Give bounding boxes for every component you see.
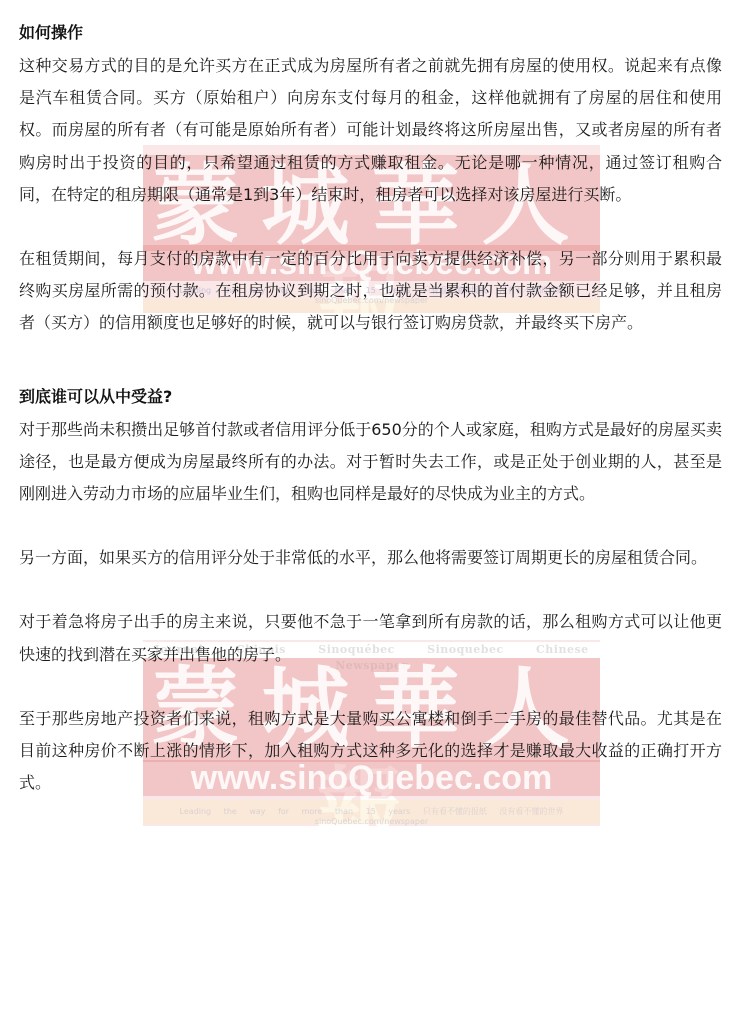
section-how-it-works: 如何操作 这种交易方式的目的是允许买方在正式成为房屋所有者之前就先拥有房屋的使用… bbox=[19, 16, 722, 340]
section-title: 到底谁可以从中受益? bbox=[19, 380, 722, 414]
paragraph: 至于那些房地产投资者们来说，租购方式是大量购买公寓楼和倒手二手房的最佳替代品。尤… bbox=[19, 703, 722, 800]
section-spacer bbox=[19, 340, 722, 380]
paragraph-spacer bbox=[19, 510, 722, 542]
article-body: 如何操作 这种交易方式的目的是允许买方在正式成为房屋所有者之前就先拥有房屋的使用… bbox=[0, 0, 740, 799]
watermark-strip bbox=[143, 800, 600, 824]
section-title: 如何操作 bbox=[19, 16, 722, 50]
paragraph: 在租赁期间，每月支付的房款中有一定的百分比用于向卖方提供经济补偿，另一部分则用于… bbox=[19, 243, 722, 340]
paragraph: 这种交易方式的目的是允许买方在正式成为房屋所有者之前就先拥有房屋的使用权。说起来… bbox=[19, 50, 722, 211]
paragraph: 对于着急将房子出手的房主来说，只要他不急于一笔拿到所有房款的话，那么租购方式可以… bbox=[19, 606, 722, 670]
paragraph: 另一方面，如果买方的信用评分处于非常低的水平，那么他将需要签订周期更长的房屋租赁… bbox=[19, 542, 722, 574]
paragraph-spacer bbox=[19, 574, 722, 606]
section-who-benefits: 到底谁可以从中受益? 对于那些尚未积攒出足够首付款或者信用评分低于650分的个人… bbox=[19, 380, 722, 800]
paragraph-spacer bbox=[19, 211, 722, 243]
paragraph-spacer bbox=[19, 671, 722, 703]
paragraph: 对于那些尚未积攒出足够首付款或者信用评分低于650分的个人或家庭，租购方式是最好… bbox=[19, 414, 722, 511]
